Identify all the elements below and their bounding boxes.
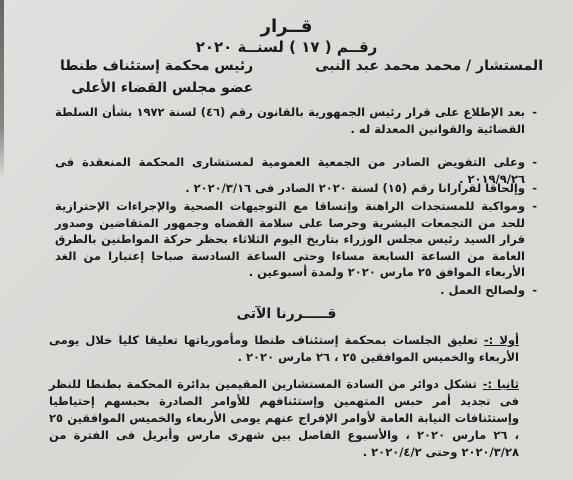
issuer-name: المستشار / محمد محمد عبد النبى xyxy=(315,58,543,74)
preamble-item: - ومواكبة للمستجدات الراهنة وإتساقا مع ا… xyxy=(55,198,525,281)
issuer-titles: رئيس محكمة إستئناف طنطا عضو مجلس القضاء … xyxy=(60,58,253,102)
scanned-page: قــرار رقــم ( ١٧ ) لسنــة ٢٠٢٠ المستشار… xyxy=(0,0,573,480)
preamble-item: - بعد الإطلاع على قرار رئيس الجمهورية با… xyxy=(55,104,525,137)
decree-document: قــرار رقــم ( ١٧ ) لسنــة ٢٠٢٠ المستشار… xyxy=(0,0,573,480)
decree-number: رقــم ( ١٧ ) لسنــة ٢٠٢٠ xyxy=(0,38,573,56)
document-title: قــرار xyxy=(0,16,573,37)
preamble-item: - وإلحاقا لقرارانا رقم (١٥) لسنة ٢٠٢٠ ال… xyxy=(55,180,525,197)
decision-label: ثانيا :- xyxy=(483,377,519,391)
preamble-item: - ولصالح العمل . xyxy=(55,282,525,299)
issuer-title-court: رئيس محكمة إستئناف طنطا xyxy=(60,58,253,80)
decision-heading: قـــــررنا الآتى xyxy=(0,306,573,322)
decision-item-first: أولا :-تعليق الجلسات بمحكمة إستئناف طنطا… xyxy=(49,332,519,366)
decision-label: أولا :- xyxy=(484,333,519,347)
decision-item-second: ثانيا :-تشكل دوائر من السادة المستشارين … xyxy=(49,376,519,461)
issuer-title-council: عضو مجلس القضاء الأعلى xyxy=(60,80,253,102)
